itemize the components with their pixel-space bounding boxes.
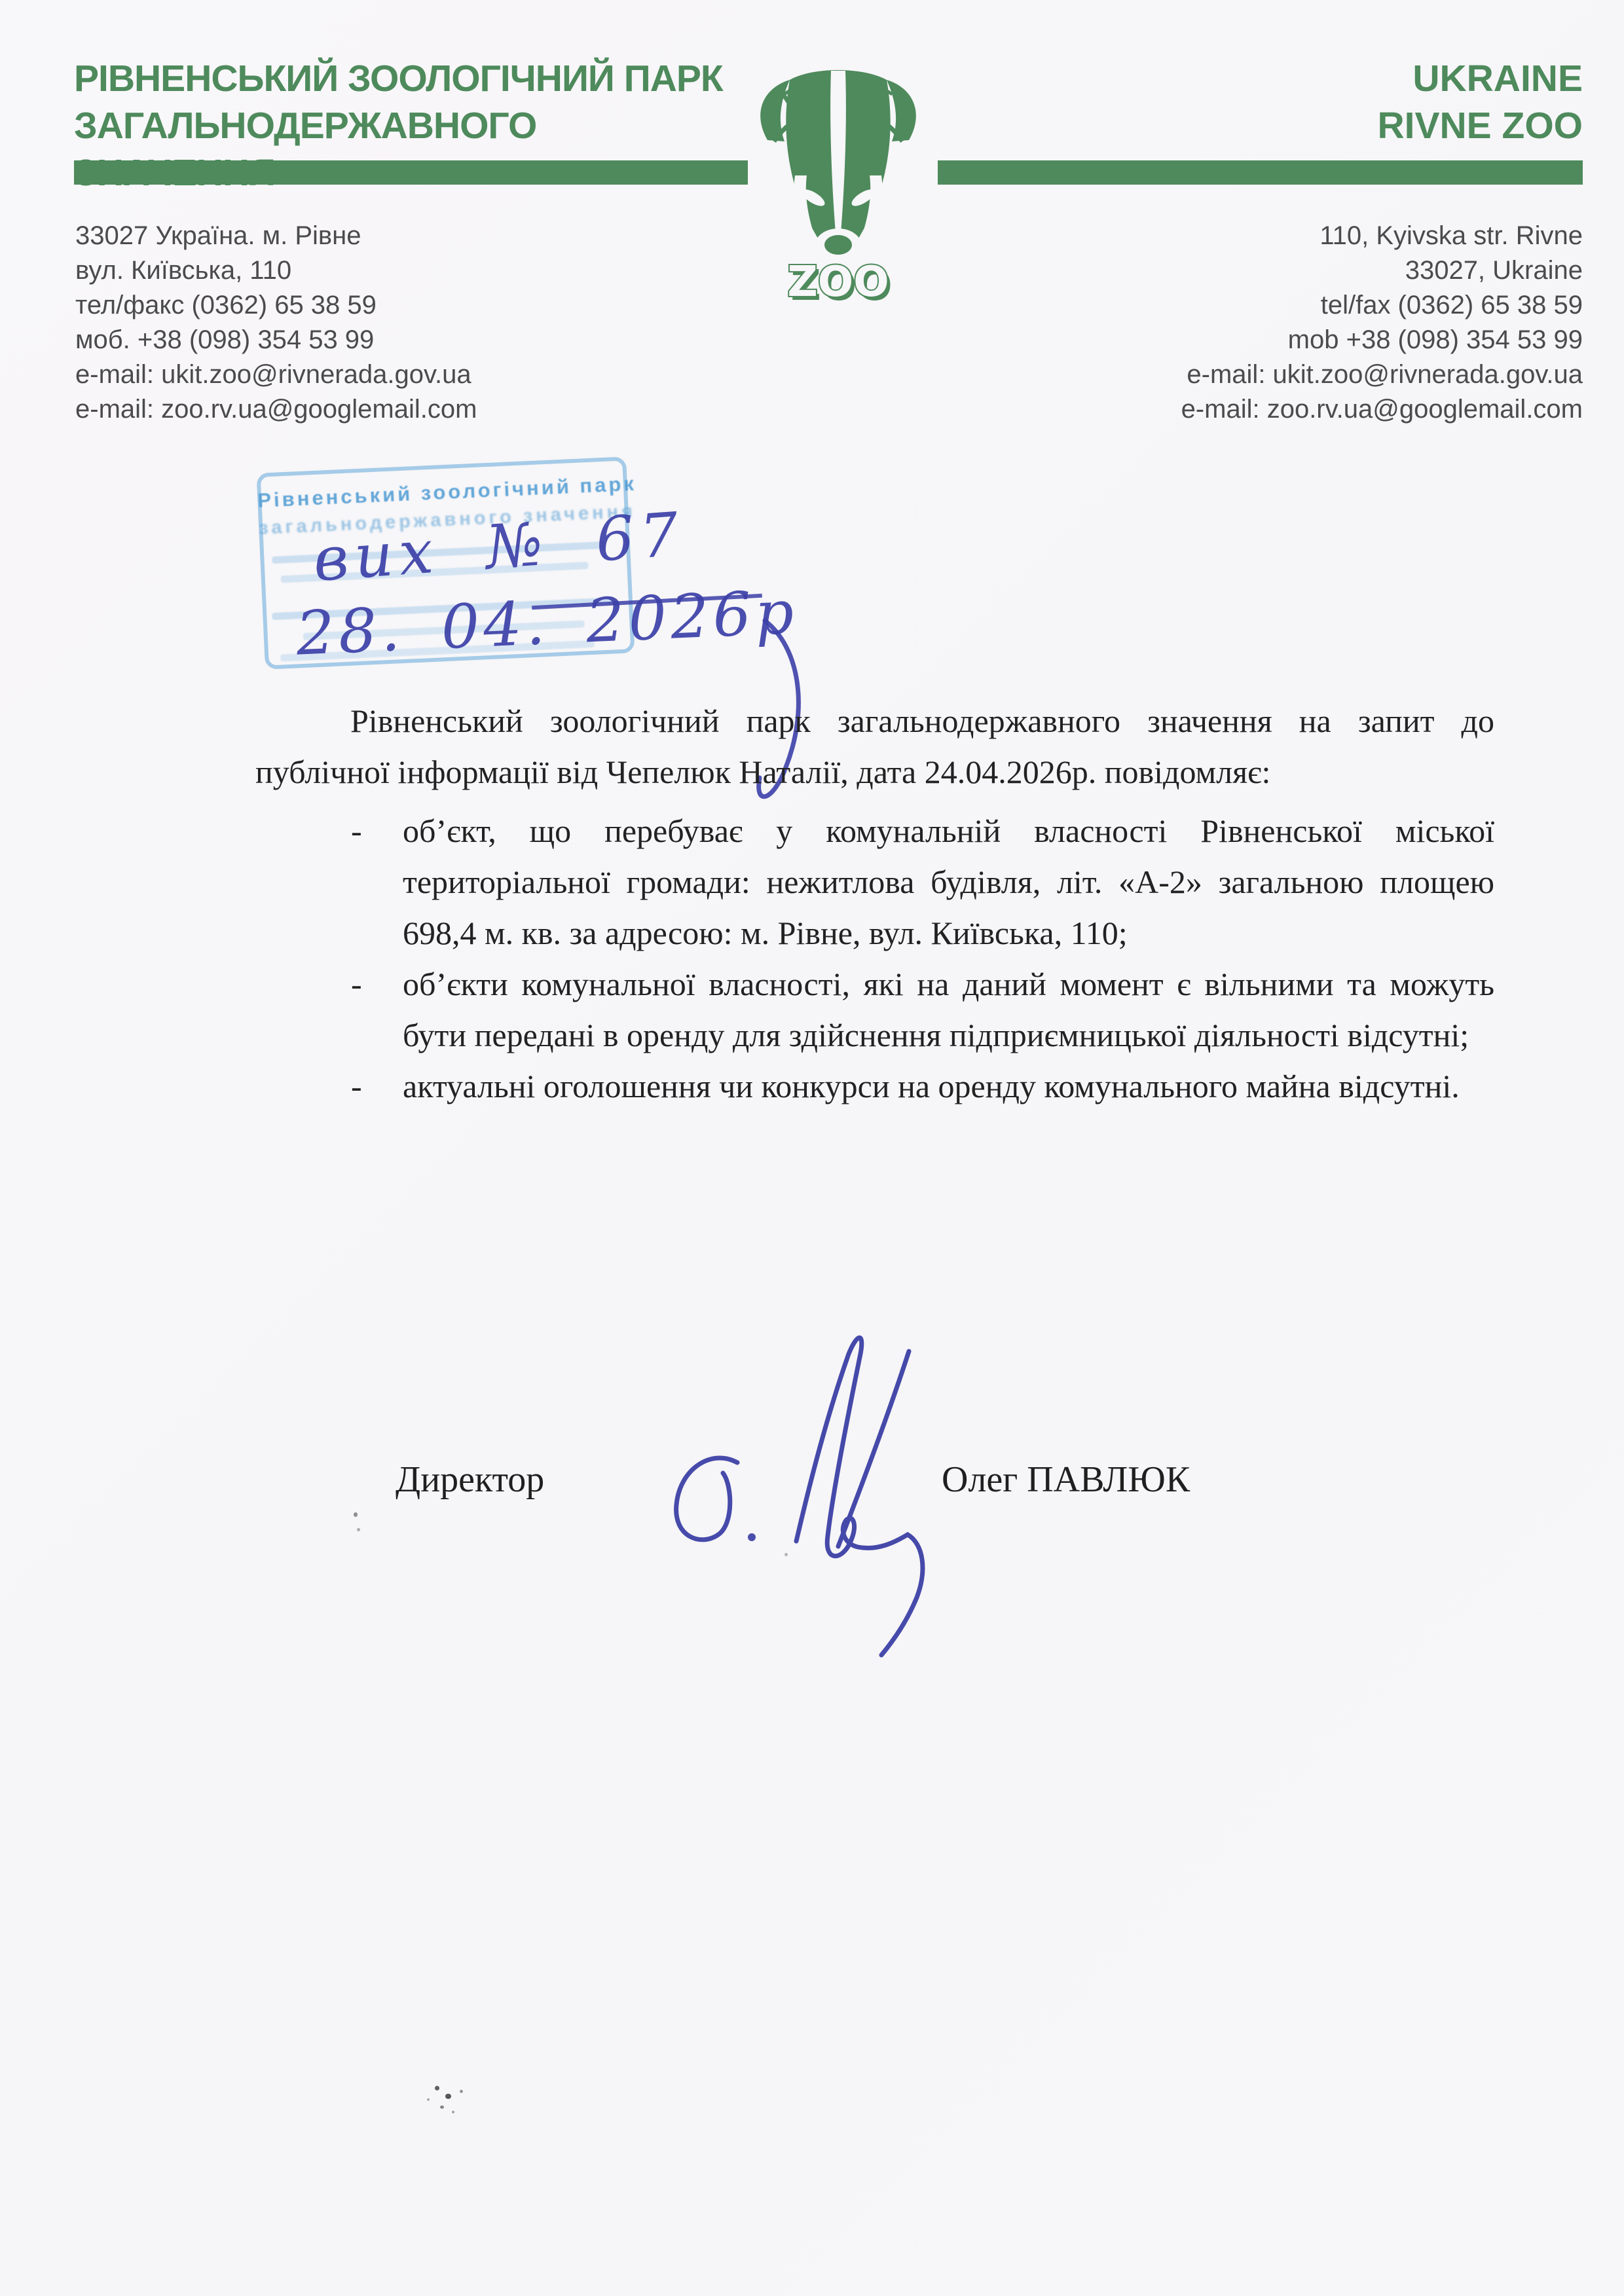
contact-block-ukrainian: 33027 Україна. м. Рівне вул. Київська, 1… [75,219,477,427]
country-label: UKRAINE [1124,55,1583,102]
ink-speck [440,2105,444,2109]
logo-zoo-text: ZOO [787,258,889,305]
bullet-dash: - [351,958,362,1010]
ink-speck [452,2111,454,2113]
signatory-role: Директор [396,1459,544,1501]
badger-nose [824,235,852,255]
list-item: - об’єкти комунальної власності, які на … [255,958,1494,1061]
contact-en-address2: 33027, Ukraine [1181,253,1583,288]
rivne-zoo-badger-logo-icon: RIVNE ZOO ZOO [726,30,951,305]
org-title-english: UKRAINE RIVNE ZOO [1124,55,1583,149]
org-en-label: RIVNE ZOO [1124,102,1583,149]
header-rule-right [938,160,1583,185]
bullet-dash: - [351,1061,362,1112]
contact-en-telfax: tel/fax (0362) 65 38 59 [1181,288,1583,323]
contact-uk-email1: e-mail: ukit.zoo@rivnerada.gov.ua [75,357,477,392]
bullet-list: - об’єкт, що перебуває у комунальній вла… [255,805,1494,1112]
ink-speck [357,1528,360,1531]
bullet-dash: - [351,805,362,856]
list-item-text: об’єкти комунальної власності, які на да… [403,966,1494,1053]
contact-uk-email2: e-mail: zoo.rv.ua@googlemail.com [75,392,477,427]
contact-block-english: 110, Kyivska str. Rivne 33027, Ukraine t… [1181,219,1583,427]
contact-uk-address1: 33027 Україна. м. Рівне [75,219,477,253]
header-rule-left [74,160,748,185]
ink-speck [435,2086,439,2090]
contact-uk-telfax: тел/факс (0362) 65 38 59 [75,288,477,323]
org-title-line1: РІВНЕНСЬКИЙ ЗООЛОГІЧНИЙ ПАРК [74,55,735,102]
ink-speck [427,2098,430,2101]
director-signature [627,1313,981,1667]
contact-en-email1: e-mail: ukit.zoo@rivnerada.gov.ua [1181,357,1583,392]
intro-paragraph: Рівненський зоологічний парк загальнодер… [255,695,1494,797]
letter-body: Рівненський зоологічний парк загальнодер… [255,695,1494,1112]
list-item: - об’єкт, що перебуває у комунальній вла… [255,805,1494,958]
scanned-letter-page: РІВНЕНСЬКИЙ ЗООЛОГІЧНИЙ ПАРК ЗАГАЛЬНОДЕР… [0,0,1624,2296]
ink-speck [460,2090,463,2093]
badger-left-ear [760,80,790,141]
list-item-text: об’єкт, що перебуває у комунальній власн… [403,812,1494,951]
badger-right-ear [887,80,916,141]
contact-uk-mobile: моб. +38 (098) 354 53 99 [75,323,477,357]
signatory-name: Олег ПАВЛЮК [942,1459,1190,1501]
contact-en-email2: e-mail: zoo.rv.ua@googlemail.com [1181,392,1583,427]
contact-en-address1: 110, Kyivska str. Rivne [1181,219,1583,253]
contact-uk-address2: вул. Київська, 110 [75,253,477,288]
list-item: - актуальні оголошення чи конкурси на ор… [255,1061,1494,1112]
contact-en-mobile: mob +38 (098) 354 53 99 [1181,323,1583,357]
ink-speck [784,1553,788,1556]
ink-speck [354,1512,358,1517]
list-item-text: актуальні оголошення чи конкурси на орен… [403,1068,1460,1104]
ink-speck [445,2094,451,2099]
